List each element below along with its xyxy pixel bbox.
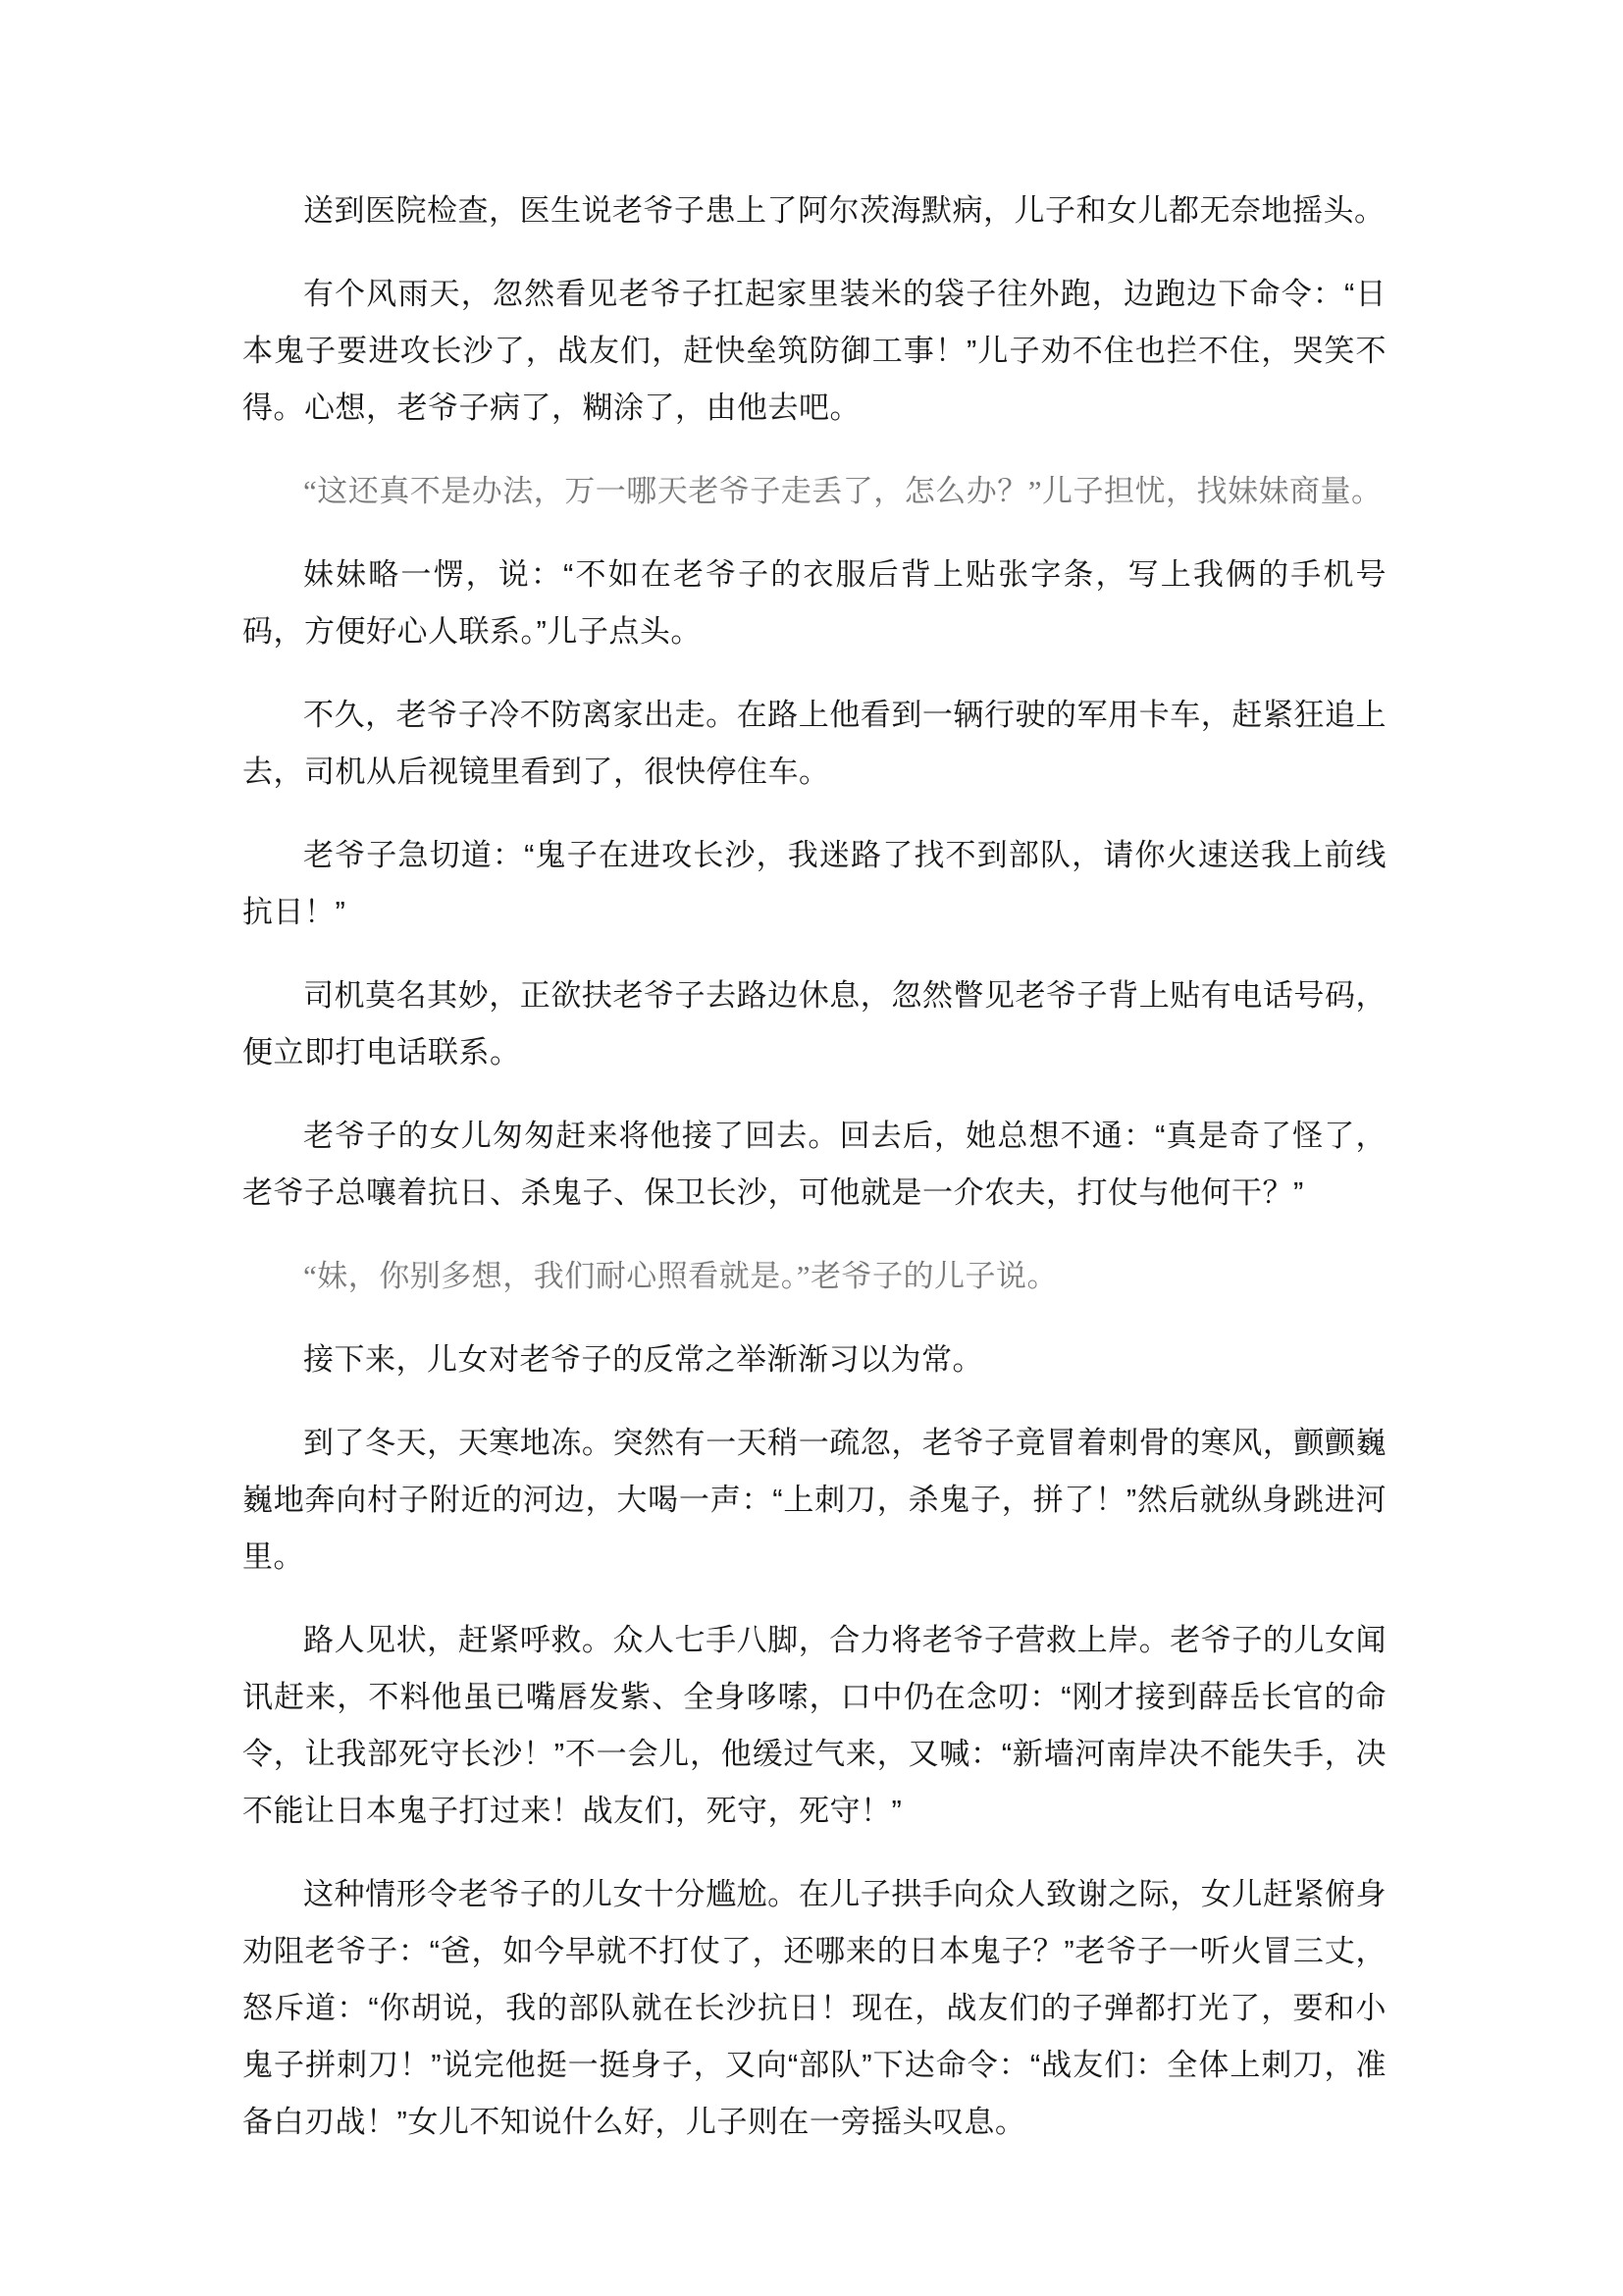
text-block: 送到医院检查，医生说老爷子患上了阿尔茨海默病，儿子和女儿都无奈地摇头。有个风雨天…: [242, 183, 1387, 2151]
paragraph: 有个风雨天，忽然看见老爷子扛起家里装米的袋子往外跑，边跑边下命令：“日本鬼子要进…: [242, 266, 1387, 437]
document-page: 送到医院检查，医生说老爷子患上了阿尔茨海默病，儿子和女儿都无奈地摇头。有个风雨天…: [0, 0, 1623, 2296]
paragraph: 接下来，儿女对老爷子的反常之举渐渐习以为常。: [242, 1331, 1387, 1388]
paragraph: 送到医院检查，医生说老爷子患上了阿尔茨海默病，儿子和女儿都无奈地摇头。: [242, 183, 1387, 239]
paragraph: 司机莫名其妙，正欲扶老爷子去路边休息，忽然瞥见老爷子背上贴有电话号码，便立即打电…: [242, 967, 1387, 1081]
paragraph: 不久，老爷子冷不防离家出走。在路上他看到一辆行驶的军用卡车，赶紧狂追上去，司机从…: [242, 687, 1387, 801]
paragraph: 到了冬天，天寒地冻。突然有一天稍一疏忽，老爷子竟冒着刺骨的寒风，颤颤巍巍地奔向村…: [242, 1415, 1387, 1586]
quote-paragraph: “妹，你别多想，我们耐心照看就是。”老爷子的儿子说。: [242, 1248, 1387, 1305]
paragraph: 老爷子的女儿匆匆赶来将他接了回去。回去后，她总想不通：“真是奇了怪了，老爷子总嚷…: [242, 1108, 1387, 1222]
paragraph: 老爷子急切道：“鬼子在进攻长沙，我迷路了找不到部队，请你火速送我上前线抗日！”: [242, 827, 1387, 941]
paragraph: 妹妹略一愣，说：“不如在老爷子的衣服后背上贴张字条，写上我俩的手机号码，方便好心…: [242, 547, 1387, 660]
paragraph: 这种情形令老爷子的儿女十分尴尬。在儿子拱手向众人致谢之际，女儿赶紧俯身劝阻老爷子…: [242, 1866, 1387, 2151]
quote-paragraph: “这还真不是办法，万一哪天老爷子走丢了，怎么办？”儿子担忧，找妹妹商量。: [242, 463, 1387, 520]
paragraph: 路人见状，赶紧呼救。众人七手八脚，合力将老爷子营救上岸。老爷子的儿女闻讯赶来，不…: [242, 1612, 1387, 1840]
